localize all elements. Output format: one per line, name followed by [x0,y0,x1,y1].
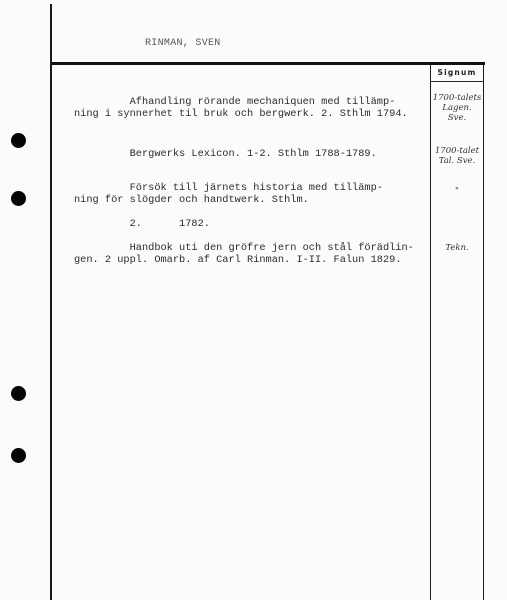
header-rule [51,62,485,65]
punch-hole [11,133,26,148]
entry-4-line-1: 2. 1782. [74,218,210,230]
signum-column-right-border [483,64,484,600]
signum-column-header: Signum [431,66,483,80]
entry-3-line-2: ning för slögder och handtwerk. Sthlm. [74,194,309,206]
entry-1-line-1: Afhandling rörande mechaniquen med tillä… [74,96,395,108]
entry-5-line-1: Handbok uti den gröfre jern och stål för… [74,242,414,254]
left-margin-rule [50,4,52,600]
punch-hole [11,448,26,463]
entry-2-line-1: Bergwerks Lexicon. 1-2. Sthlm 1788-1789. [74,148,377,160]
signum-note-1: 1700-talets Lagen. Sve. [430,93,484,123]
catalog-card: RINMAN, SVEN Signum Afhandling rörande m… [0,0,507,600]
entry-5-line-2: gen. 2 uppl. Omarb. af Carl Rinman. I-II… [74,254,402,266]
signum-header-underline [431,81,483,82]
signum-note-4: Tekn. [430,243,484,253]
punch-hole [11,191,26,206]
punch-hole [11,386,26,401]
signum-note-3-ditto: " [430,186,484,196]
entry-1-line-2: ning i synnerhet til bruk och bergwerk. … [74,108,408,120]
signum-column-left-border [430,64,431,600]
entry-3-line-1: Försök till järnets historia med tillämp… [74,182,383,194]
card-heading-author: RINMAN, SVEN [145,38,221,49]
signum-note-2: 1700-talet Tal. Sve. [430,146,484,166]
